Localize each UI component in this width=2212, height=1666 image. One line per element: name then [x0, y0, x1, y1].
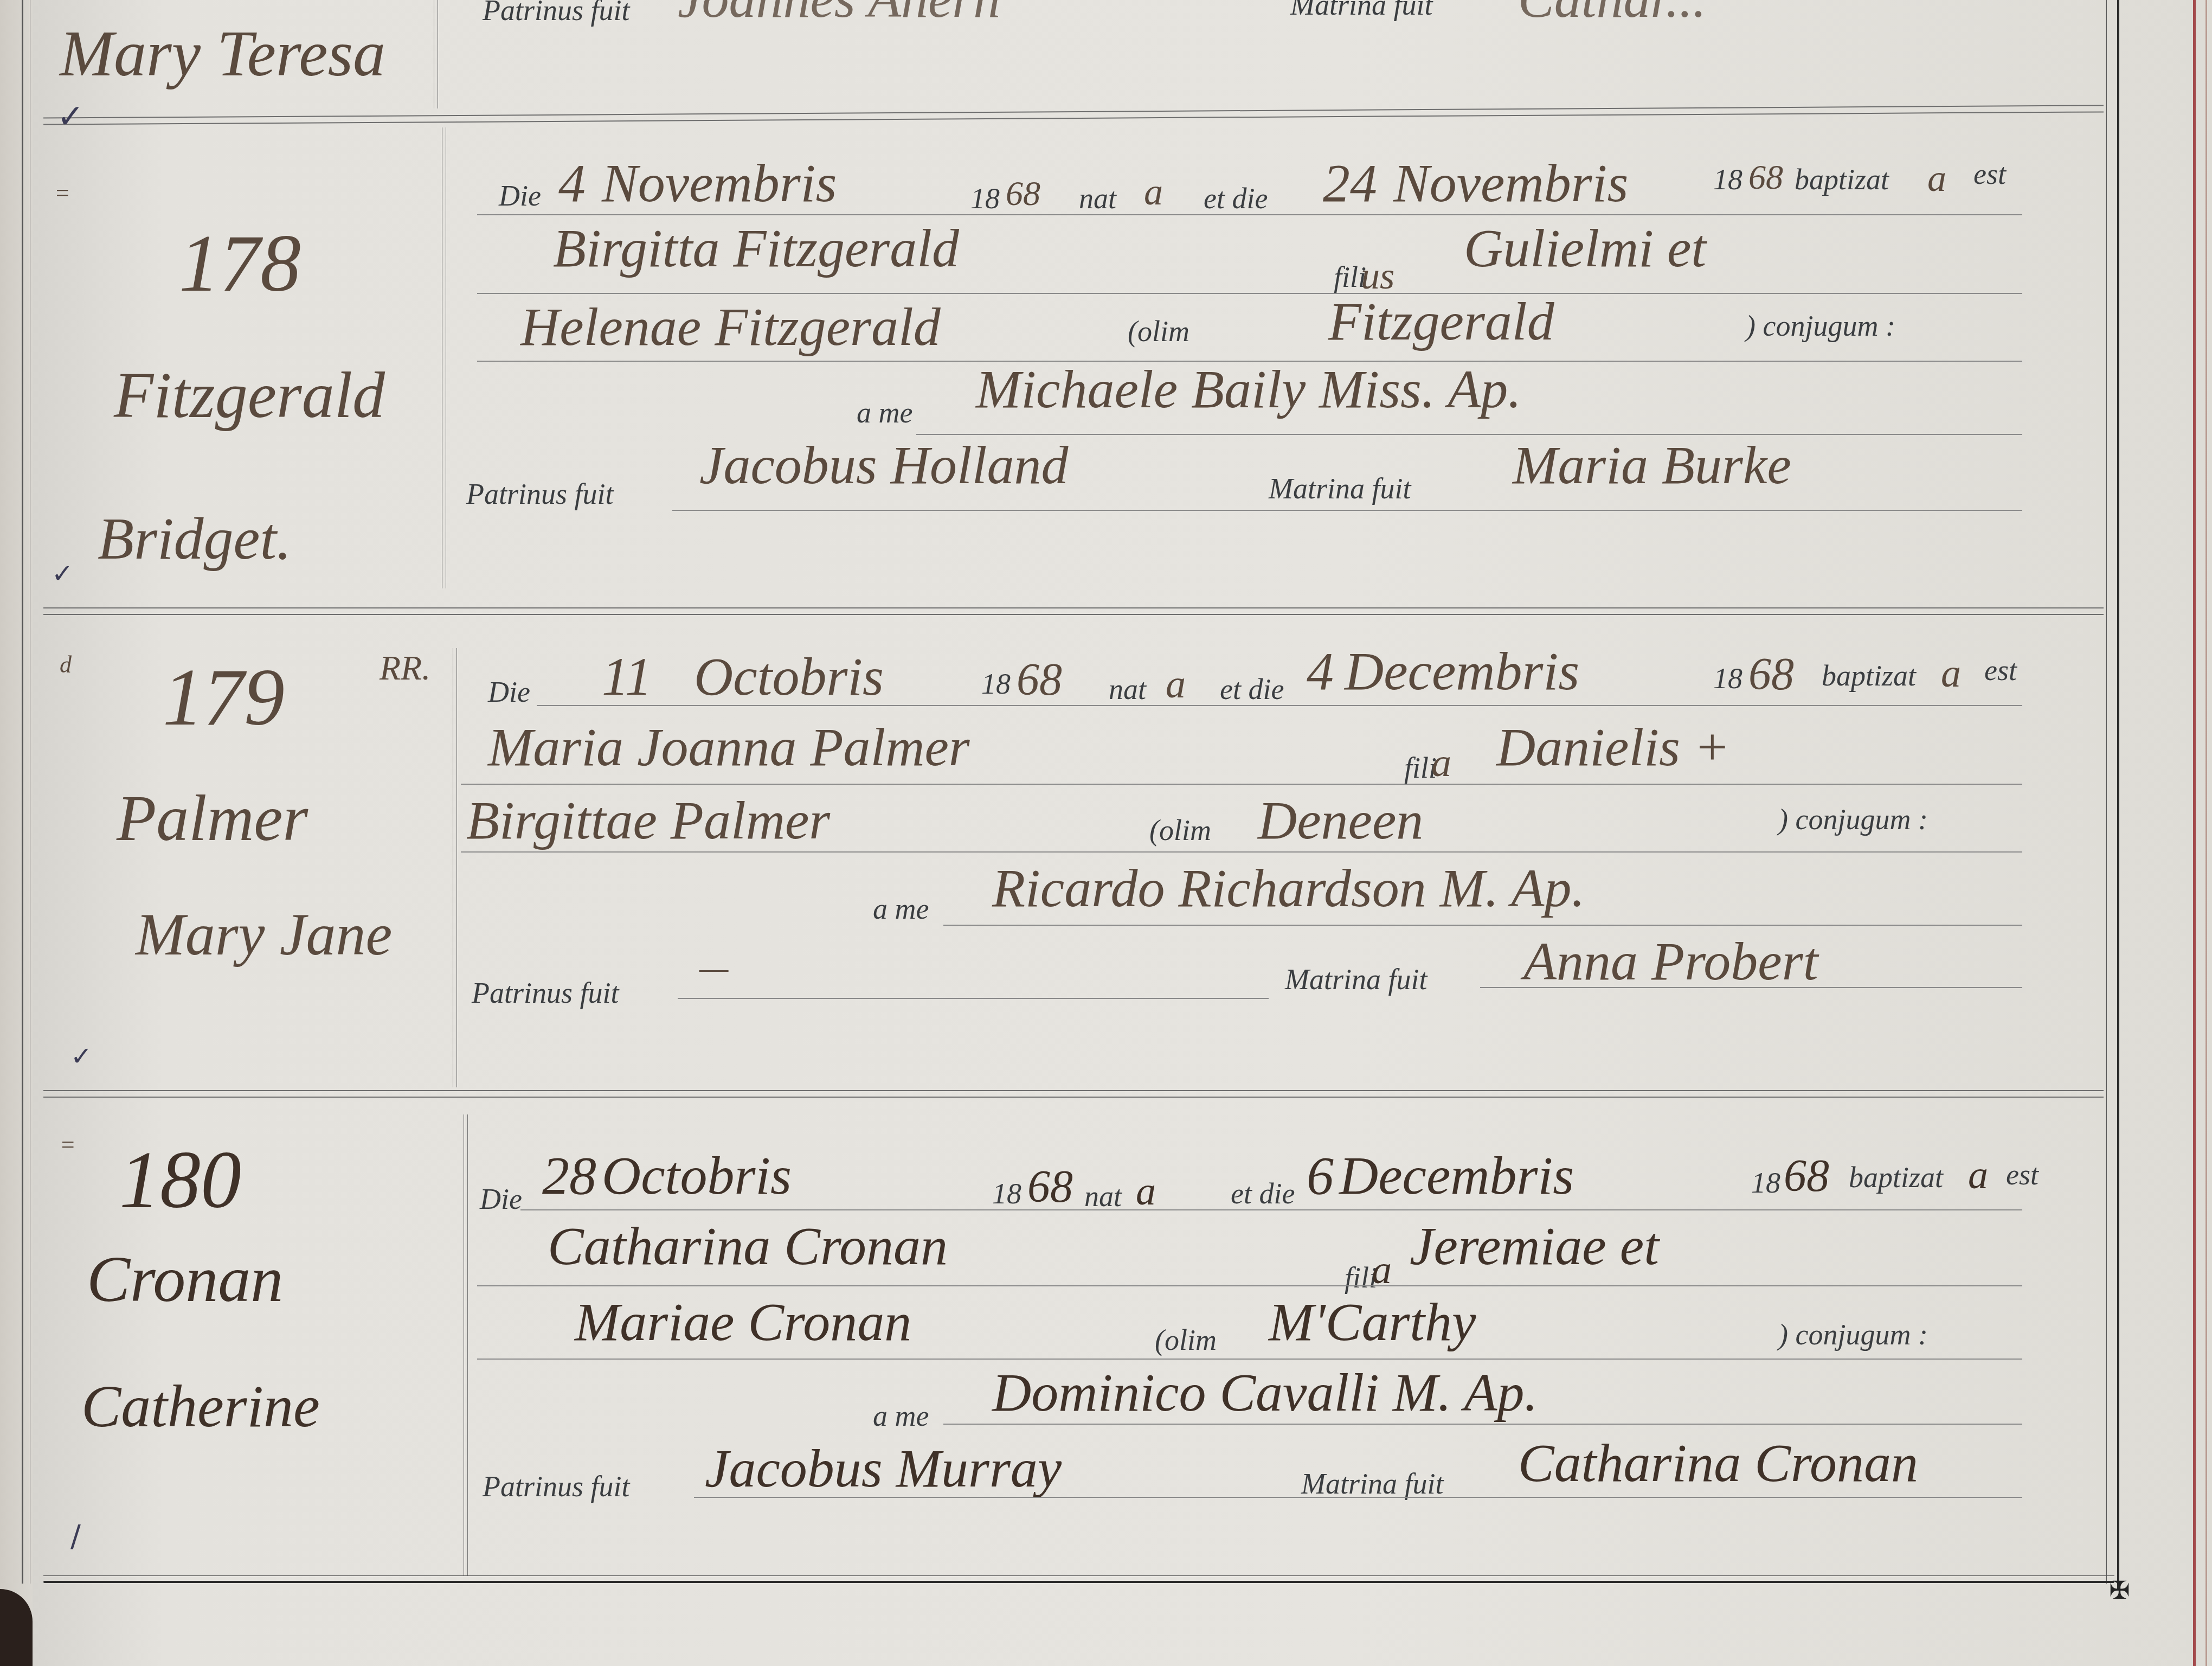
- nat-label: nat: [1079, 182, 1116, 215]
- patrinus-label: Patrinus fuit: [483, 1470, 630, 1503]
- column-divider: [434, 0, 438, 108]
- baptizat-label: baptizat: [1795, 163, 1889, 196]
- birth-year: 68: [1006, 174, 1040, 214]
- line-rule: [678, 998, 1269, 999]
- birth-year-prefix: 18: [970, 182, 1000, 215]
- baptizat-label: baptizat: [1822, 659, 1916, 693]
- father-name: Jeremiae et: [1410, 1215, 1659, 1277]
- line-rule: [537, 705, 2022, 706]
- mother-name: Mariae Cronan: [575, 1291, 911, 1353]
- line-rule: [943, 925, 2022, 926]
- page-edge-rule: [2205, 0, 2207, 1666]
- line-rule: [672, 510, 2022, 511]
- mother-maiden-name: M'Carthy: [1269, 1291, 1476, 1353]
- baptism-year-prefix: 18: [1713, 662, 1742, 695]
- entry-mark: d: [60, 651, 72, 678]
- frame-left-border: [22, 0, 23, 1584]
- father-name: Gulielmi et: [1464, 217, 1706, 279]
- line-rule: [943, 1424, 2022, 1425]
- a-me-label: a me: [873, 892, 929, 926]
- baptism-month: Decembris: [1339, 1144, 1574, 1207]
- check-mark: ✓: [57, 98, 84, 136]
- a-me-label: a me: [857, 396, 912, 430]
- check-mark: /: [70, 1518, 81, 1554]
- mother-name: Helenae Fitzgerald: [520, 296, 941, 358]
- column-divider: [442, 127, 446, 588]
- nat-suffix: a: [1144, 171, 1163, 214]
- matrina-name: Catharina Cronan: [1518, 1432, 1918, 1494]
- child-name: Birgitta Fitzgerald: [553, 217, 959, 279]
- line-rule: [477, 1359, 2022, 1360]
- corner-cross-ornament-icon: ✠: [2109, 1575, 2130, 1605]
- patrinus-label: Patrinus fuit: [472, 976, 619, 1010]
- baptism-year-prefix: 18: [1713, 163, 1742, 196]
- est-label: est: [1984, 653, 2017, 687]
- frame-bottom-inner-border: [43, 1575, 2114, 1576]
- die-label: Die: [480, 1182, 522, 1216]
- baptizat-label: baptizat: [1849, 1161, 1943, 1194]
- matrina-name: Maria Burke: [1513, 434, 1791, 496]
- column-divider: [453, 648, 457, 1087]
- matrina-name: Anna Probert: [1523, 930, 1818, 992]
- patrinus-name: Jacobus Holland: [699, 434, 1068, 496]
- margin-surname: Palmer: [117, 781, 308, 856]
- frame-right-border: [2117, 0, 2119, 1589]
- olim-label: (olim: [1149, 813, 1211, 847]
- entry-mark: =: [54, 179, 70, 207]
- die-label: Die: [499, 179, 541, 213]
- nat-suffix: a: [1166, 662, 1186, 708]
- patrinus-label: Patrinus fuit: [483, 0, 630, 27]
- conjugum-label: ) conjugum :: [1778, 803, 1928, 836]
- fili-suffix: a: [1431, 740, 1451, 786]
- conjugum-label: ) conjugum :: [1746, 309, 1895, 343]
- entry-number: 178: [179, 217, 301, 310]
- olim-label: (olim: [1128, 315, 1189, 348]
- patrinus-label: Patrinus fuit: [466, 477, 614, 511]
- a-me-label: a me: [873, 1399, 929, 1433]
- line-rule: [1480, 987, 2022, 988]
- mother-maiden-name: Fitzgerald: [1328, 290, 1554, 353]
- et-die-label: et die: [1220, 672, 1284, 706]
- baptism-day: 6: [1307, 1144, 1334, 1207]
- margin-given-name: Bridget.: [98, 504, 291, 573]
- patrinus-name: Joannes Ahern: [678, 0, 1000, 30]
- entry-number: 180: [119, 1133, 241, 1227]
- margin-surname: Cronan: [87, 1242, 283, 1317]
- birth-month: Octobris: [602, 1144, 792, 1207]
- baptizat-suffix: a: [1968, 1152, 1988, 1199]
- line-rule: [916, 434, 2022, 435]
- baptism-year: 68: [1784, 1150, 1829, 1202]
- nat-label: nat: [1084, 1180, 1122, 1213]
- est-label: est: [2006, 1158, 2039, 1191]
- frame-bottom-border: [43, 1581, 2114, 1583]
- entry-extra-mark: RR.: [380, 648, 430, 688]
- baptism-month: Novembris: [1393, 152, 1628, 214]
- page-gutter: [0, 0, 33, 1666]
- priest-name: Ricardo Richardson M. Ap.: [992, 857, 1585, 919]
- est-label: est: [1973, 157, 2006, 191]
- baptism-year: 68: [1748, 648, 1794, 701]
- birth-month: Octobris: [694, 645, 884, 708]
- birth-year-prefix: 18: [981, 667, 1011, 701]
- frame-left-inner-border: [30, 0, 30, 1584]
- line-rule: [477, 293, 2022, 294]
- baptizat-suffix: a: [1941, 651, 1961, 697]
- priest-name: Michaele Baily Miss. Ap.: [976, 358, 1521, 420]
- mother-name: Birgittae Palmer: [466, 789, 830, 851]
- line-rule: [694, 1497, 2022, 1498]
- baptism-month: Decembris: [1345, 640, 1579, 702]
- birth-day: 11: [602, 645, 652, 708]
- et-die-label: et die: [1204, 182, 1268, 215]
- margin-surname: Fitzgerald: [114, 358, 385, 433]
- check-mark: ✓: [70, 1041, 92, 1072]
- matrina-label: Matrina fuit: [1285, 963, 1427, 996]
- matrina-name: Cathar...: [1518, 0, 1706, 30]
- entry-divider: [43, 607, 2104, 615]
- birth-year: 68: [1027, 1161, 1073, 1213]
- baptizat-suffix: a: [1927, 157, 1946, 201]
- matrina-label: Matrina fuit: [1269, 472, 1411, 505]
- mother-maiden-name: Deneen: [1258, 789, 1423, 851]
- baptism-year: 68: [1748, 157, 1783, 197]
- priest-name: Dominico Cavalli M. Ap.: [992, 1361, 1538, 1424]
- line-rule: [461, 784, 2022, 785]
- frame-right-inner-border: [2106, 0, 2107, 1584]
- baptism-day: 24: [1323, 152, 1377, 214]
- father-name: Danielis +: [1496, 716, 1730, 778]
- child-name: Maria Joanna Palmer: [488, 716, 970, 778]
- matrina-label: Matrina fuit: [1301, 1467, 1444, 1501]
- baptism-year-prefix: 18: [1751, 1166, 1780, 1200]
- birth-year: 68: [1017, 653, 1062, 706]
- baptism-day: 4: [1307, 640, 1334, 702]
- margin-given-name: Mary Jane: [136, 900, 392, 969]
- die-label: Die: [488, 675, 530, 709]
- child-name: Catharina Cronan: [548, 1215, 948, 1277]
- birth-month: Novembris: [602, 152, 837, 214]
- matrina-label: Matrina fuit: [1290, 0, 1433, 22]
- line-rule: [461, 851, 2022, 853]
- birth-year-prefix: 18: [992, 1177, 1021, 1210]
- fili-suffix: a: [1372, 1247, 1392, 1293]
- margin-given-name: Mary Teresa: [60, 16, 385, 91]
- line-rule: [477, 1285, 2022, 1286]
- birth-day: 4: [558, 152, 586, 214]
- check-mark: ✓: [52, 559, 73, 589]
- line-rule: [520, 1209, 2022, 1210]
- birth-day: 28: [542, 1144, 596, 1207]
- entry-mark: =: [60, 1131, 76, 1158]
- nat-label: nat: [1109, 672, 1146, 706]
- nat-suffix: a: [1136, 1169, 1156, 1215]
- patrinus-name: —: [699, 949, 728, 986]
- column-divider: [464, 1114, 468, 1575]
- line-rule: [477, 214, 2022, 215]
- et-die-label: et die: [1231, 1177, 1295, 1210]
- olim-label: (olim: [1155, 1323, 1217, 1357]
- patrinus-name: Jacobus Murray: [705, 1437, 1062, 1500]
- entry-divider: [43, 1090, 2104, 1098]
- entry-number: 179: [163, 651, 285, 744]
- conjugum-label: ) conjugum :: [1778, 1318, 1928, 1351]
- margin-given-name: Catherine: [81, 1372, 320, 1441]
- page-edge-red-rule: [2193, 0, 2196, 1666]
